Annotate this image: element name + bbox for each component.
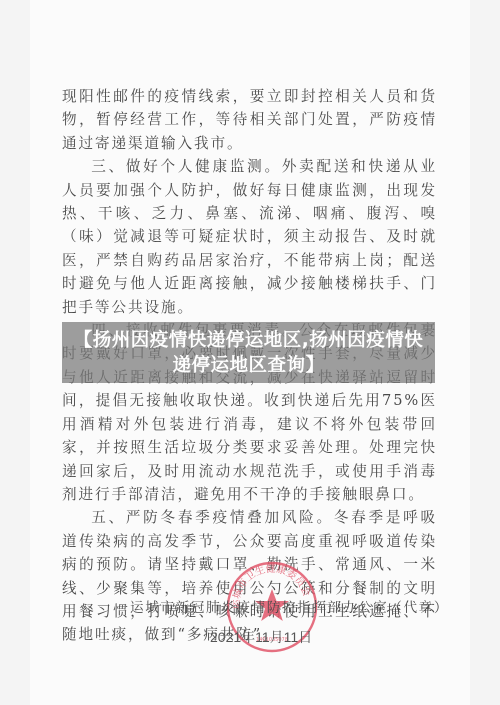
signature-line: 运城市新冠肺炎疫情防控指挥部办公室（代章） — [130, 596, 449, 616]
paragraph-health-monitoring: 三、做好个人健康监测。外卖配送和快递从业人员要加强个人防护，做好每日健康监测，出… — [62, 155, 437, 319]
document-date: 2021年11月11日 — [210, 627, 312, 647]
paragraph-continuation: 现阳性邮件的疫情线索，要立即封控相关人员和货物，暂停经营工作，等待相关部门处置，… — [62, 85, 437, 155]
title-overlay-banner: 【扬州因疫情快递停运地区,扬州因疫情快递停运地区查询】 — [62, 322, 435, 383]
overlay-title: 【扬州因疫情快递停运地区,扬州因疫情快递停运地区查询】 — [74, 328, 424, 378]
